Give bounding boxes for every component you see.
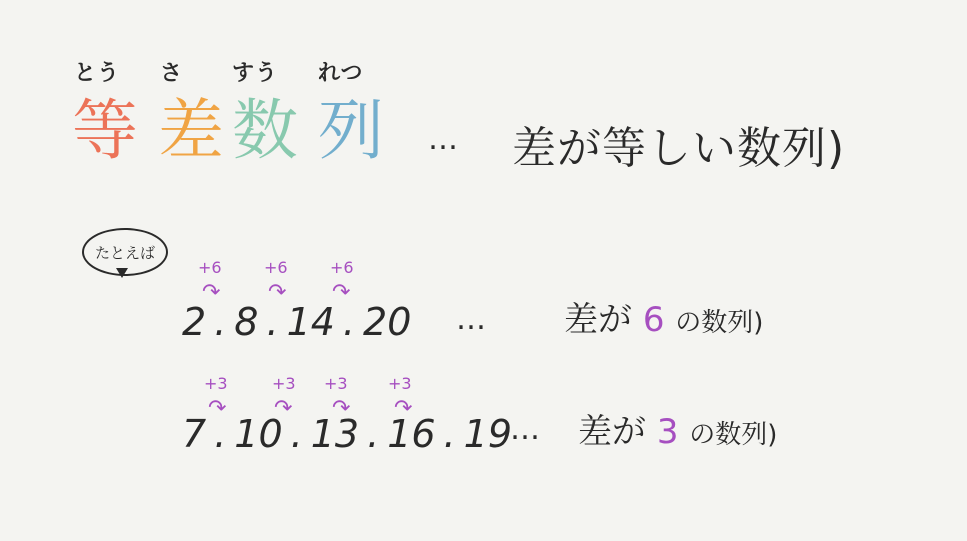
ruby-tou: とう — [74, 56, 120, 87]
separator: . — [367, 412, 379, 456]
term: 14 — [287, 300, 335, 344]
title-ellipsis: … — [428, 122, 460, 157]
separator: . — [266, 300, 278, 344]
term: 20 — [363, 300, 411, 344]
sequence-1: 2.8.14.20 — [182, 300, 411, 344]
sequence-1-description: 差が 6 の数列) — [564, 292, 763, 341]
separator: . — [214, 300, 226, 344]
term: 2 — [182, 300, 206, 344]
diff-label: +6 — [198, 258, 222, 277]
ruby-retsu: れつ — [318, 56, 364, 87]
diff-label: +3 — [204, 374, 228, 393]
diff-label: +3 — [324, 374, 348, 393]
desc-prefix: 差が — [578, 412, 646, 452]
title-char-suu: 数 — [232, 98, 298, 164]
diff-label: +6 — [330, 258, 354, 277]
ruby-suu: すう — [232, 56, 278, 87]
term: 10 — [234, 412, 282, 456]
sequence-2-ellipsis: … — [510, 412, 542, 447]
sequence-1-ellipsis: … — [456, 302, 488, 337]
sequence-2: 7.10.13.16.19 — [182, 412, 512, 456]
title-char-retsu: 列 — [318, 98, 384, 164]
ruby-sa: さ — [160, 56, 183, 87]
desc-value: 3 — [657, 412, 679, 452]
desc-suffix: の数列) — [675, 308, 763, 338]
desc-prefix: 差が — [564, 300, 632, 340]
term: 13 — [311, 412, 359, 456]
title-char-tou: 等 — [72, 98, 138, 164]
term: 7 — [182, 412, 206, 456]
term: 8 — [234, 300, 258, 344]
bubble-tail — [116, 268, 128, 278]
title-definition: 差が等しい数列) — [512, 112, 845, 176]
separator: . — [444, 412, 456, 456]
example-bubble-label: たとえば — [95, 242, 155, 263]
separator: . — [291, 412, 303, 456]
term: 16 — [387, 412, 435, 456]
diff-label: +3 — [272, 374, 296, 393]
desc-suffix: の数列) — [689, 420, 777, 450]
desc-value: 6 — [643, 300, 665, 340]
diff-label: +3 — [388, 374, 412, 393]
term: 19 — [464, 412, 512, 456]
title-char-sa: 差 — [158, 98, 224, 164]
diff-label: +6 — [264, 258, 288, 277]
separator: . — [214, 412, 226, 456]
separator: . — [343, 300, 355, 344]
sequence-2-description: 差が 3 の数列) — [578, 404, 777, 453]
